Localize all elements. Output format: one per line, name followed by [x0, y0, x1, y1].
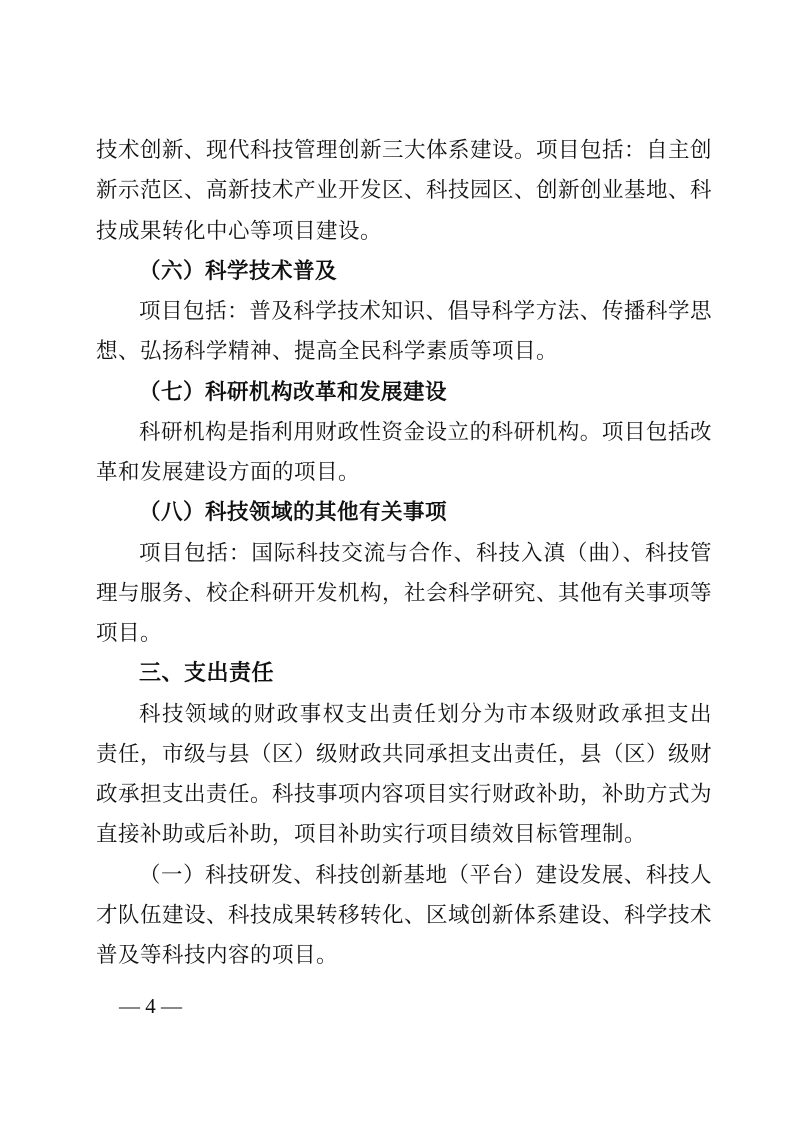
document-body: 技术创新、现代科技管理创新三大体系建设。项目包括：自主创新示范区、高新技术产业开… [96, 130, 712, 975]
text-line: 项目包括：国际科技交流与合作、科技入滇（曲）、科技管 [96, 533, 712, 573]
text-line: 科研机构是指利用财政性资金设立的科研机构。项目包括改 [96, 412, 712, 452]
document-page: 技术创新、现代科技管理创新三大体系建设。项目包括：自主创新示范区、高新技术产业开… [0, 0, 800, 1131]
paragraph-6-science-popularization: 项目包括：普及科学技术知识、倡导科学方法、传播科学思想、弘扬科学精神、提高全民科… [96, 291, 712, 372]
heading-expenditure-responsibility: 三、支出责任 [96, 653, 712, 693]
heading-section-7: （七）科研机构改革和发展建设 [96, 372, 712, 412]
text-line: 技术创新、现代科技管理创新三大体系建设。项目包括：自主创 [96, 130, 712, 170]
text-line: 技成果转化中心等项目建设。 [96, 211, 712, 251]
text-line: 三、支出责任 [96, 653, 712, 693]
text-line: 理与服务、校企科研开发机构，社会科学研究、其他有关事项等 [96, 573, 712, 613]
text-line: 直接补助或后补助，项目补助实行项目绩效目标管理制。 [96, 814, 712, 854]
text-line: 新示范区、高新技术产业开发区、科技园区、创新创业基地、科 [96, 170, 712, 210]
paragraph-8-other-matters: 项目包括：国际科技交流与合作、科技入滇（曲）、科技管理与服务、校企科研开发机构，… [96, 533, 712, 654]
text-line: （八）科技领域的其他有关事项 [96, 492, 712, 532]
text-line: 政承担支出责任。科技事项内容项目实行财政补助，补助方式为 [96, 774, 712, 814]
text-line: 科技领域的财政事权支出责任划分为市本级财政承担支出 [96, 694, 712, 734]
text-line: （一）科技研发、科技创新基地（平台）建设发展、科技人 [96, 855, 712, 895]
text-line: （七）科研机构改革和发展建设 [96, 372, 712, 412]
page-number: — 4 — [119, 991, 182, 1021]
text-line: 普及等科技内容的项目。 [96, 935, 712, 975]
paragraph-7-research-institutions: 科研机构是指利用财政性资金设立的科研机构。项目包括改革和发展建设方面的项目。 [96, 412, 712, 493]
text-line: 责任，市级与县（区）级财政共同承担支出责任，县（区）级财 [96, 734, 712, 774]
heading-section-6: （六）科学技术普及 [96, 251, 712, 291]
text-line: 想、弘扬科学精神、提高全民科学素质等项目。 [96, 331, 712, 371]
paragraph-continuation: 技术创新、现代科技管理创新三大体系建设。项目包括：自主创新示范区、高新技术产业开… [96, 130, 712, 251]
text-line: 项目包括：普及科学技术知识、倡导科学方法、传播科学思 [96, 291, 712, 331]
paragraph-responsibility-overview: 科技领域的财政事权支出责任划分为市本级财政承担支出责任，市级与县（区）级财政共同… [96, 694, 712, 855]
paragraph-responsibility-item-1: （一）科技研发、科技创新基地（平台）建设发展、科技人才队伍建设、科技成果转移转化… [96, 855, 712, 976]
text-line: 项目。 [96, 613, 712, 653]
text-line: 革和发展建设方面的项目。 [96, 452, 712, 492]
text-line: 才队伍建设、科技成果转移转化、区域创新体系建设、科学技术 [96, 895, 712, 935]
text-line: （六）科学技术普及 [96, 251, 712, 291]
heading-section-8: （八）科技领域的其他有关事项 [96, 492, 712, 532]
